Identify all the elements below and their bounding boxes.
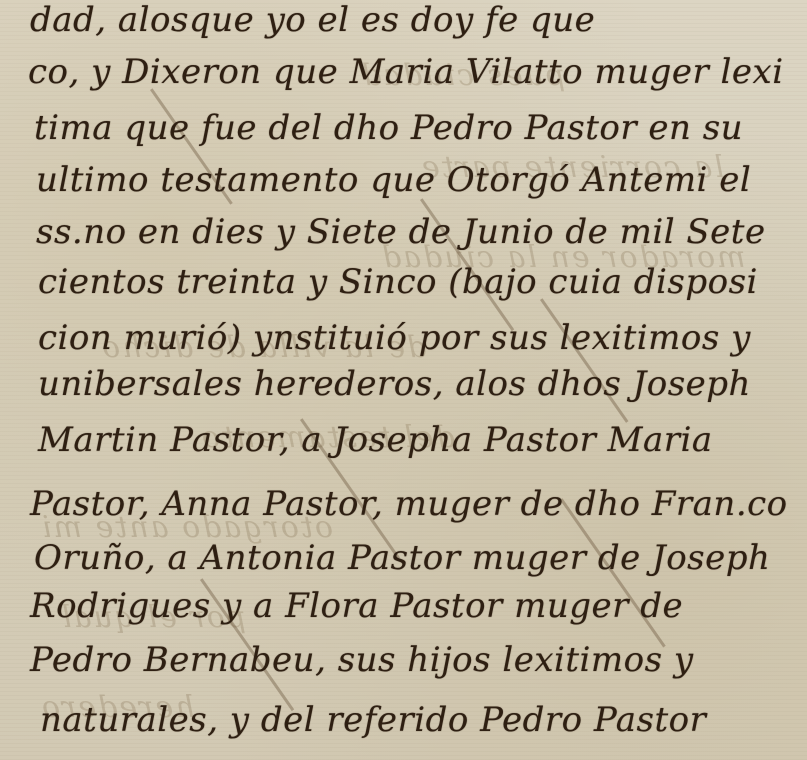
manuscript-line-4: ultimo testamento que Otorgó Antemi el xyxy=(36,160,751,200)
manuscript-line-12: Rodrigues y a Flora Pastor muger de xyxy=(30,586,683,626)
manuscript-page: pues ciudad la corriente parte morador e… xyxy=(0,0,807,760)
manuscript-line-6: cientos treinta y Sinco (bajo cuia dispo… xyxy=(38,262,758,302)
manuscript-line-8: unibersales herederos, alos dhos Joseph xyxy=(38,364,751,404)
manuscript-line-11: Oruño, a Antonia Pastor muger de Joseph xyxy=(34,538,770,578)
manuscript-line-14: naturales, y del referido Pedro Pastor xyxy=(40,700,706,740)
manuscript-line-7: cion murió) ynstituió por sus lexitimos … xyxy=(38,318,751,358)
manuscript-line-1: dad, alosque yo el es doy fe que xyxy=(30,0,595,40)
manuscript-line-2: co, y Dixeron que Maria Vilatto muger le… xyxy=(28,52,784,92)
bleed-stroke xyxy=(540,298,628,423)
manuscript-line-13: Pedro Bernabeu, sus hijos lexitimos y xyxy=(30,640,694,680)
manuscript-line-9: Martin Pastor, a Josepha Pastor Maria xyxy=(38,420,713,460)
manuscript-line-5: ss.no en dies y Siete de Junio de mil Se… xyxy=(36,212,766,252)
manuscript-line-10: Pastor, Anna Pastor, muger de dho Fran.c… xyxy=(30,484,788,524)
manuscript-line-3: tima que fue del dho Pedro Pastor en su xyxy=(34,108,743,148)
